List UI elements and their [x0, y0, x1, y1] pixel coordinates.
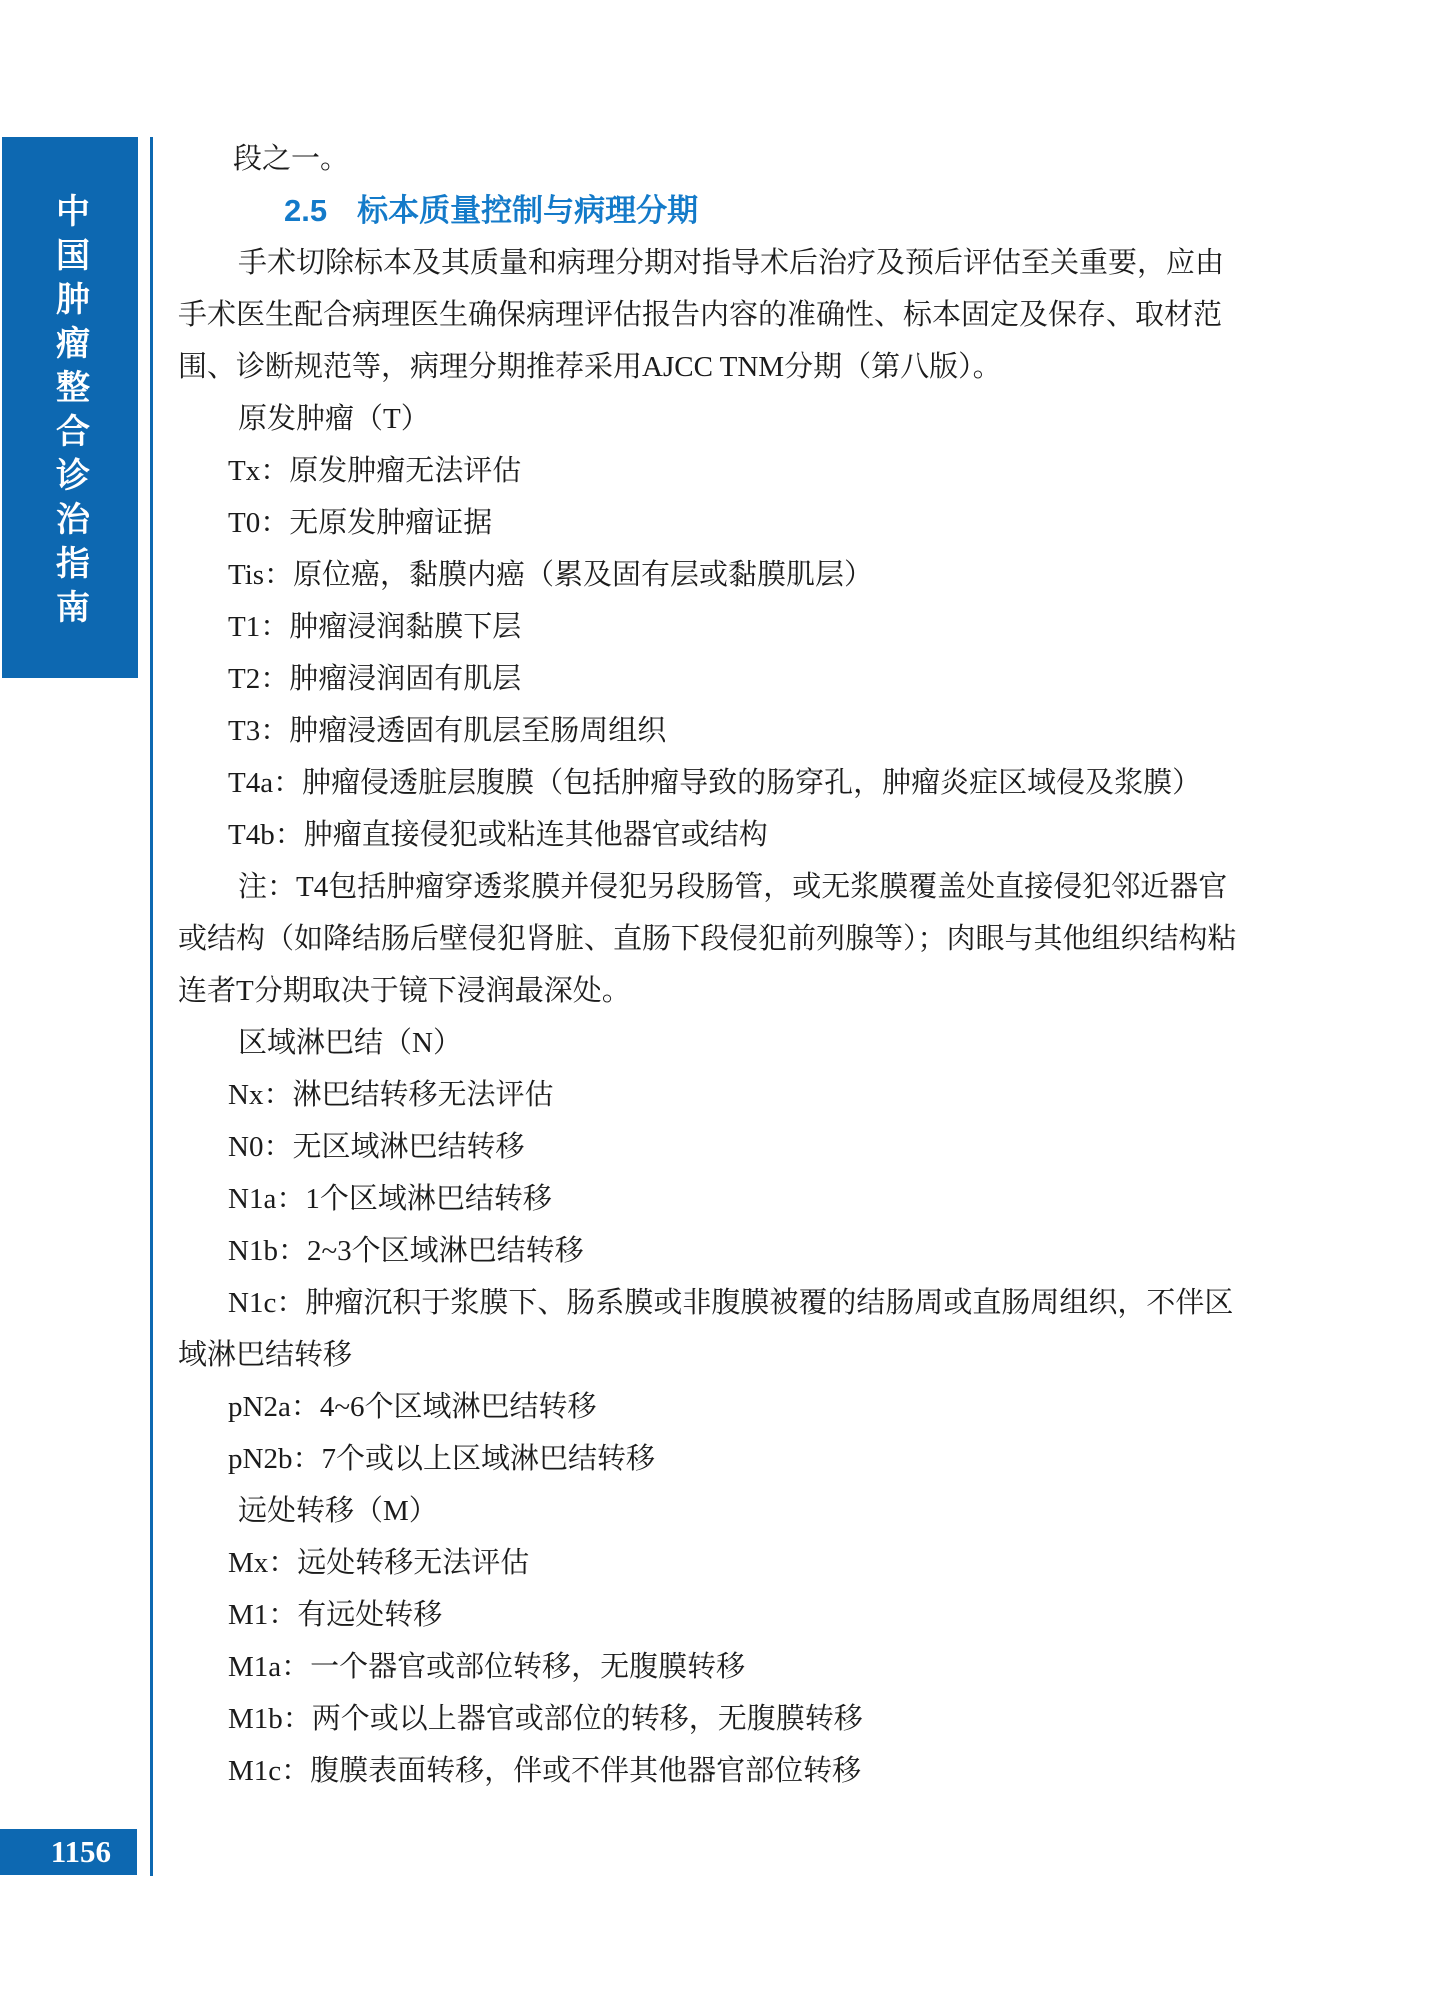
text-line: T3：肿瘤浸透固有肌层至肠周组织	[178, 705, 1270, 757]
text-line: M1a：一个器官或部位转移，无腹膜转移	[178, 1641, 1270, 1693]
text-line: 手术医生配合病理医生确保病理评估报告内容的准确性、标本固定及保存、取材范	[178, 289, 1270, 341]
text-line: M1b：两个或以上器官或部位的转移，无腹膜转移	[178, 1693, 1270, 1745]
text-line: T4b：肿瘤直接侵犯或粘连其他器官或结构	[178, 809, 1270, 861]
text-line: 原发肿瘤（T）	[178, 393, 1270, 445]
sidebar-banner: 中国肿瘤整合诊治指南	[2, 137, 138, 678]
text-line: T1：肿瘤浸润黏膜下层	[178, 601, 1270, 653]
text-line: Tis：原位癌，黏膜内癌（累及固有层或黏膜肌层）	[178, 549, 1270, 601]
sidebar-divider-line	[150, 137, 153, 1876]
page-number-badge: 1156	[0, 1829, 137, 1875]
text-line: Mx：远处转移无法评估	[178, 1537, 1270, 1589]
text-line: 注：T4包括肿瘤穿透浆膜并侵犯另段肠管，或无浆膜覆盖处直接侵犯邻近器官	[178, 861, 1270, 913]
sidebar-vertical-title: 中国肿瘤整合诊治指南	[46, 183, 95, 633]
text-line: pN2a：4~6个区域淋巴结转移	[178, 1381, 1270, 1433]
text-line: M1：有远处转移	[178, 1589, 1270, 1641]
page: { "colors": { "accent_blue": "#0d68b1", …	[0, 0, 1444, 2010]
text-line: T4a：肿瘤侵透脏层腹膜（包括肿瘤导致的肠穿孔，肿瘤炎症区域侵及浆膜）	[178, 757, 1270, 809]
section-number: 2.5	[284, 193, 327, 228]
text-line: Tx：原发肿瘤无法评估	[178, 445, 1270, 497]
section-heading: 2.5标本质量控制与病理分期	[178, 185, 1270, 237]
text-line: 区域淋巴结（N）	[178, 1017, 1270, 1069]
page-content: 段之一。 2.5标本质量控制与病理分期 手术切除标本及其质量和病理分期对指导术后…	[178, 133, 1270, 1797]
intro-text-line: 段之一。	[178, 133, 1270, 185]
text-line: N1c：肿瘤沉积于浆膜下、肠系膜或非腹膜被覆的结肠周或直肠周组织，不伴区	[178, 1277, 1270, 1329]
section-title: 标本质量控制与病理分期	[357, 193, 698, 228]
text-line: N1a：1个区域淋巴结转移	[178, 1173, 1270, 1225]
text-line: 连者T分期取决于镜下浸润最深处。	[178, 965, 1270, 1017]
text-line: M1c：腹膜表面转移，伴或不伴其他器官部位转移	[178, 1745, 1270, 1797]
text-line: 或结构（如降结肠后壁侵犯肾脏、直肠下段侵犯前列腺等）；肉眼与其他组织结构粘	[178, 913, 1270, 965]
text-line: T2：肿瘤浸润固有肌层	[178, 653, 1270, 705]
text-line: N1b：2~3个区域淋巴结转移	[178, 1225, 1270, 1277]
text-line: 域淋巴结转移	[178, 1329, 1270, 1381]
text-line: pN2b：7个或以上区域淋巴结转移	[178, 1433, 1270, 1485]
text-line: Nx：淋巴结转移无法评估	[178, 1069, 1270, 1121]
text-line: 远处转移（M）	[178, 1485, 1270, 1537]
text-line: 手术切除标本及其质量和病理分期对指导术后治疗及预后评估至关重要，应由	[178, 237, 1270, 289]
text-line: T0：无原发肿瘤证据	[178, 497, 1270, 549]
text-line: N0：无区域淋巴结转移	[178, 1121, 1270, 1173]
text-line: 围、诊断规范等，病理分期推荐采用AJCC TNM分期（第八版）。	[178, 341, 1270, 393]
